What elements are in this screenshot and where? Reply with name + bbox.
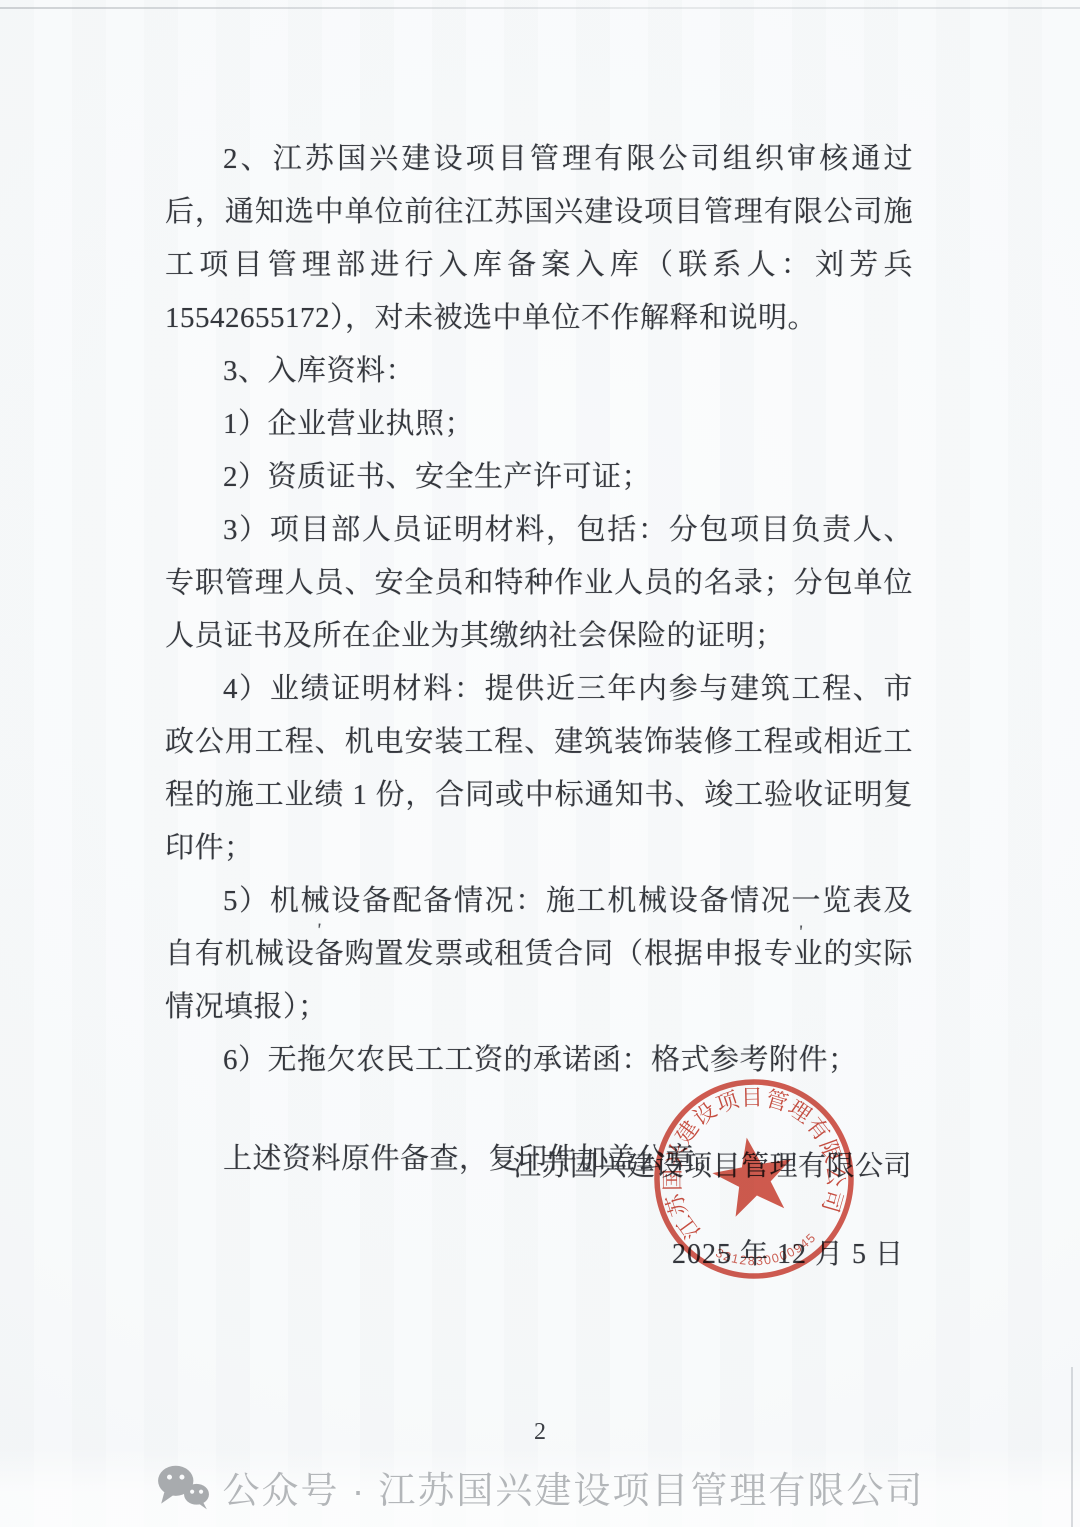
document-page: 2、江苏国兴建设项目管理有限公司组织审核通过后，通知选中单位前往江苏国兴建设项目…	[0, 0, 1080, 1527]
list-item-equipment-provision: 5）机械设备配备情况：施工机械设备情况一览表及自有机械设备购置发票或租赁合同（根…	[165, 875, 913, 1034]
list-item-personnel-proof: 3）项目部人员证明材料，包括：分包项目负责人、专职管理人员、安全员和特种作业人员…	[165, 504, 913, 663]
paragraph-3-materials-heading: 3、入库资料：	[165, 345, 913, 398]
footer-watermark-bar: 公众号 · 江苏国兴建设项目管理有限公司	[0, 1447, 1080, 1527]
wechat-icon	[156, 1464, 210, 1510]
scan-artifact-top-line	[0, 7, 1080, 9]
star-icon	[707, 1131, 799, 1220]
company-seal-stamp: 江苏国兴建设项目管理有限公司 3212830000945	[604, 1029, 904, 1329]
watermark-text: 公众号 · 江苏国兴建设项目管理有限公司	[223, 1460, 925, 1514]
list-item-performance-proof: 4）业绩证明材料：提供近三年内参与建筑工程、市政公用工程、机电安装工程、建筑装饰…	[165, 663, 913, 875]
paragraph-2-audit-notice: 2、江苏国兴建设项目管理有限公司组织审核通过后，通知选中单位前往江苏国兴建设项目…	[165, 133, 913, 345]
svg-text:3212830000945: 3212830000945	[712, 1228, 823, 1276]
list-item-qualification-certificates: 2）资质证书、安全生产许可证；	[165, 451, 913, 504]
scan-artifact-right-line	[1071, 1367, 1073, 1527]
list-item-business-license: 1）企业营业执照；	[165, 398, 913, 451]
seal-serial-number: 3212830000945	[712, 1228, 823, 1276]
page-number: 2	[0, 1419, 1080, 1446]
